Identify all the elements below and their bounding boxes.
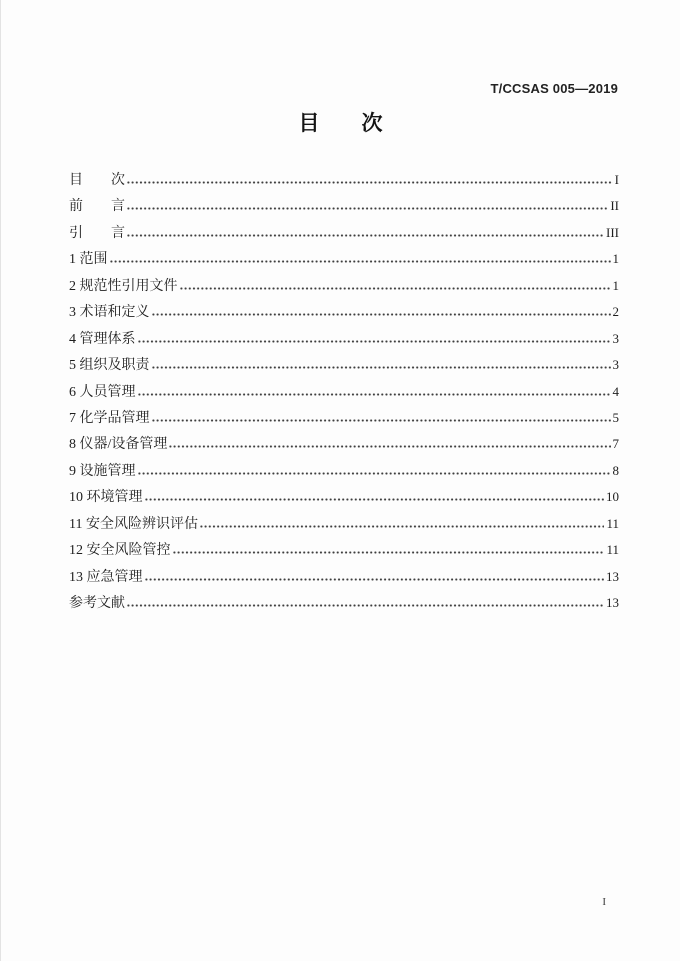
- toc-entry-page: II: [610, 193, 619, 219]
- toc-entry-label: 前 言: [69, 194, 125, 220]
- toc-entry-page: 2: [613, 299, 620, 325]
- dot-leader: [169, 445, 610, 448]
- toc-entry: 2 规范性引用文件 1: [69, 273, 619, 299]
- toc-entry: 4 管理体系 3: [69, 326, 619, 352]
- toc-entry-label: 10 环境管理: [69, 485, 143, 511]
- toc-entry: 10 环境管理 10: [69, 484, 619, 510]
- toc-entry-page: 8: [613, 458, 620, 484]
- page-title: 目 次: [1, 107, 680, 137]
- toc-entry-page: 3: [613, 326, 620, 352]
- dot-leader: [145, 578, 605, 581]
- toc-entry-page: 1: [613, 246, 620, 272]
- toc-entry: 11 安全风险辨识评估 11: [69, 511, 619, 537]
- toc-entry-page: I: [615, 167, 619, 193]
- footer-page-number: I: [602, 896, 606, 908]
- dot-leader: [200, 525, 604, 528]
- toc-entry-page: 1: [613, 273, 620, 299]
- toc-entry-page: 5: [613, 405, 620, 431]
- toc-entry-label: 9 设施管理: [69, 459, 136, 485]
- toc-entry: 13 应急管理 13: [69, 564, 619, 590]
- toc-entry-label: 8 仪器/设备管理: [69, 432, 167, 458]
- toc-entry-page: 3: [613, 352, 620, 378]
- toc-entry-page: 7: [613, 431, 620, 457]
- dot-leader: [138, 393, 611, 396]
- toc-entry-label: 2 规范性引用文件: [69, 274, 178, 300]
- toc-entry: 前 言 II: [69, 193, 619, 219]
- toc-entry-label: 4 管理体系: [69, 327, 136, 353]
- toc-entry-page: III: [606, 220, 619, 246]
- dot-leader: [152, 419, 611, 422]
- dot-leader: [138, 472, 611, 475]
- standard-code: T/CCSAS 005—2019: [491, 81, 618, 96]
- document-page: T/CCSAS 005—2019 目 次 目 次 I 前 言 II 引 言 II…: [0, 0, 680, 961]
- toc-entry: 7 化学品管理 5: [69, 405, 619, 431]
- toc-entry: 参考文献 13: [69, 590, 619, 616]
- toc-entry-page: 10: [606, 484, 619, 510]
- toc-entry-label: 6 人员管理: [69, 380, 136, 406]
- dot-leader: [127, 207, 608, 210]
- dot-leader: [127, 604, 604, 607]
- toc-entry-label: 参考文献: [69, 591, 125, 617]
- toc-entry: 8 仪器/设备管理 7: [69, 431, 619, 457]
- dot-leader: [127, 234, 604, 237]
- toc-entry-label: 5 组织及职责: [69, 353, 150, 379]
- toc-entry-label: 7 化学品管理: [69, 406, 150, 432]
- toc-entry: 1 范围 1: [69, 246, 619, 272]
- toc-entry: 目 次 I: [69, 167, 619, 193]
- toc-entry: 9 设施管理 8: [69, 458, 619, 484]
- toc-entry-label: 目 次: [69, 168, 125, 194]
- dot-leader: [152, 366, 611, 369]
- toc-entry-label: 12 安全风险管控: [69, 538, 171, 564]
- dot-leader: [110, 260, 611, 263]
- toc-entry-page: 13: [606, 564, 619, 590]
- toc-entry: 6 人员管理 4: [69, 379, 619, 405]
- dot-leader: [138, 340, 611, 343]
- dot-leader: [145, 498, 605, 501]
- toc-entry-page: 11: [606, 511, 619, 537]
- dot-leader: [173, 551, 605, 554]
- toc-entry-page: 13: [606, 590, 619, 616]
- toc-entry-label: 1 范围: [69, 247, 108, 273]
- dot-leader: [152, 313, 611, 316]
- toc-entry-page: 4: [613, 379, 620, 405]
- table-of-contents: 目 次 I 前 言 II 引 言 III 1 范围 1 2 规范性引用文件 1 …: [69, 167, 619, 616]
- dot-leader: [127, 181, 613, 184]
- toc-entry: 引 言 III: [69, 220, 619, 246]
- toc-entry: 12 安全风险管控 11: [69, 537, 619, 563]
- toc-entry-label: 13 应急管理: [69, 565, 143, 591]
- dot-leader: [180, 287, 611, 290]
- toc-entry: 3 术语和定义 2: [69, 299, 619, 325]
- toc-entry-page: 11: [606, 537, 619, 563]
- toc-entry-label: 3 术语和定义: [69, 300, 150, 326]
- toc-entry: 5 组织及职责 3: [69, 352, 619, 378]
- toc-entry-label: 11 安全风险辨识评估: [69, 512, 198, 538]
- toc-entry-label: 引 言: [69, 221, 125, 247]
